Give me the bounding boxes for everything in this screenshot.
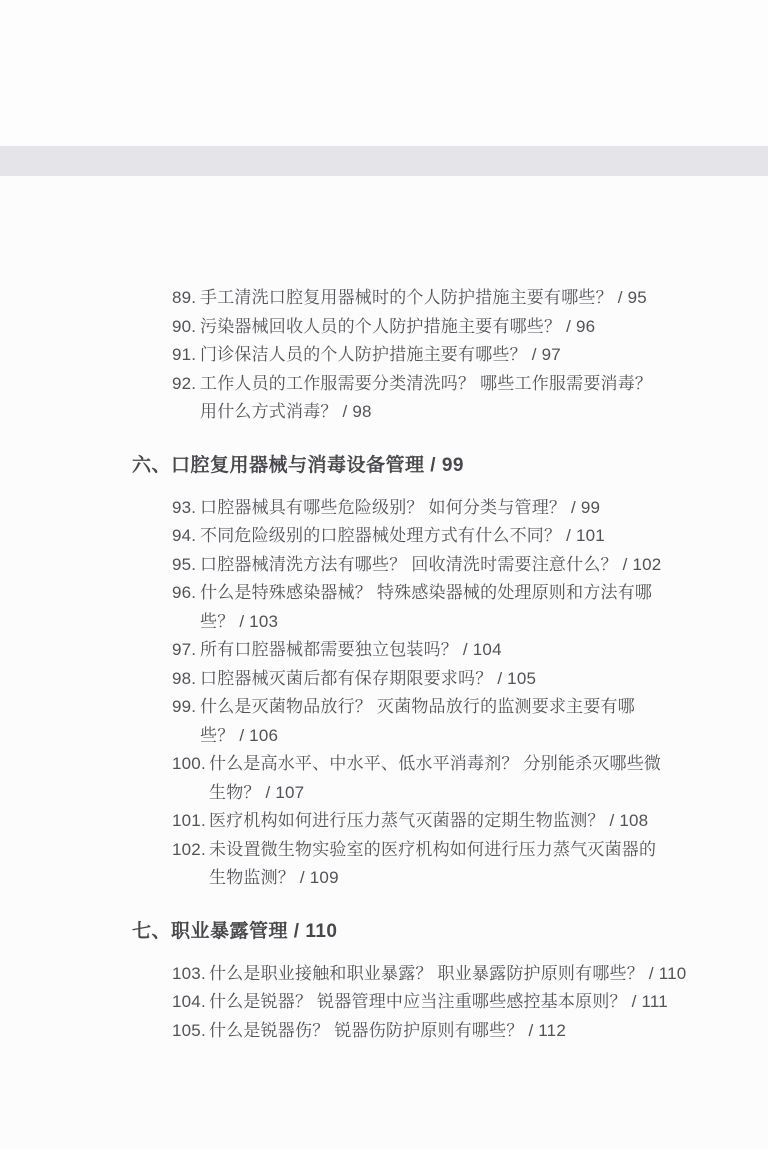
entry-number: 105. (172, 1017, 206, 1046)
entry-number: 91. (172, 341, 196, 370)
entry-text: 所有口腔器械都需要独立包装吗？ / 104 (200, 636, 674, 665)
toc-entry-89: 89. 手工清洗口腔复用器械时的个人防护措施主要有哪些？ / 95 (172, 284, 674, 313)
entry-text-continuation: 些？ / 103 (200, 608, 674, 637)
entry-text: 什么是职业接触和职业暴露？ 职业暴露防护原则有哪些？ / 110 (209, 960, 674, 989)
toc-entry-90: 90. 污染器械回收人员的个人防护措施主要有哪些？ / 96 (172, 313, 674, 342)
toc-entry-95: 95. 口腔器械清洗方法有哪些？ 回收清洗时需要注意什么？ / 102 (172, 551, 674, 580)
entry-text: 什么是锐器伤？ 锐器伤防护原则有哪些？ / 112 (209, 1017, 674, 1046)
section-heading-six: 六、口腔复用器械与消毒设备管理 / 99 (132, 452, 674, 480)
entry-number: 100. (172, 750, 206, 779)
entry-number: 97. (172, 636, 196, 665)
toc-section-seven: 七、职业暴露管理 / 110 103. 什么是职业接触和职业暴露？ 职业暴露防护… (172, 918, 674, 1046)
toc-entry-105: 105. 什么是锐器伤？ 锐器伤防护原则有哪些？ / 112 (172, 1017, 674, 1046)
entry-text: 手工清洗口腔复用器械时的个人防护措施主要有哪些？ / 95 (200, 284, 674, 313)
entry-number: 101. (172, 807, 206, 836)
entry-number: 90. (172, 313, 196, 342)
toc-entry-97: 97. 所有口腔器械都需要独立包装吗？ / 104 (172, 636, 674, 665)
entry-number: 96. (172, 579, 196, 608)
entry-text: 医疗机构如何进行压力蒸气灭菌器的定期生物监测？ / 108 (209, 807, 674, 836)
toc-entry-96: 96. 什么是特殊感染器械？ 特殊感染器械的处理原则和方法有哪 些？ / 103 (172, 579, 674, 636)
book-page: 89. 手工清洗口腔复用器械时的个人防护措施主要有哪些？ / 95 90. 污染… (0, 0, 768, 1150)
section-heading-seven: 七、职业暴露管理 / 110 (132, 918, 674, 946)
toc-entry-93: 93. 口腔器械具有哪些危险级别？ 如何分类与管理？ / 99 (172, 494, 674, 523)
entry-text-continuation: 生物？ / 107 (209, 779, 674, 808)
toc-entry-98: 98. 口腔器械灭菌后都有保存期限要求吗？ / 105 (172, 665, 674, 694)
page-top-divider (0, 146, 768, 176)
entry-text: 什么是锐器？ 锐器管理中应当注重哪些感控基本原则？ / 111 (209, 988, 674, 1017)
entry-text-continuation: 用什么方式消毒？ / 98 (200, 398, 674, 427)
entry-number: 102. (172, 836, 206, 865)
entry-text: 不同危险级别的口腔器械处理方式有什么不同？ / 101 (200, 522, 674, 551)
toc-entry-94: 94. 不同危险级别的口腔器械处理方式有什么不同？ / 101 (172, 522, 674, 551)
toc-entry-100: 100. 什么是高水平、中水平、低水平消毒剂？ 分别能杀灭哪些微 生物？ / 1… (172, 750, 674, 807)
toc-entry-103: 103. 什么是职业接触和职业暴露？ 职业暴露防护原则有哪些？ / 110 (172, 960, 674, 989)
entry-number: 99. (172, 693, 196, 722)
entry-text: 什么是灭菌物品放行？ 灭菌物品放行的监测要求主要有哪 (200, 693, 674, 722)
table-of-contents: 89. 手工清洗口腔复用器械时的个人防护措施主要有哪些？ / 95 90. 污染… (172, 284, 674, 1045)
entry-text: 污染器械回收人员的个人防护措施主要有哪些？ / 96 (200, 313, 674, 342)
page-top-margin (0, 0, 768, 146)
entry-text: 门诊保洁人员的个人防护措施主要有哪些？ / 97 (200, 341, 674, 370)
entry-text: 口腔器械灭菌后都有保存期限要求吗？ / 105 (200, 665, 674, 694)
toc-section-five-tail: 89. 手工清洗口腔复用器械时的个人防护措施主要有哪些？ / 95 90. 污染… (172, 284, 674, 427)
toc-entry-92: 92. 工作人员的工作服需要分类清洗吗？ 哪些工作服需要消毒？ 用什么方式消毒？… (172, 370, 674, 427)
entry-text: 什么是特殊感染器械？ 特殊感染器械的处理原则和方法有哪 (200, 579, 674, 608)
toc-entry-99: 99. 什么是灭菌物品放行？ 灭菌物品放行的监测要求主要有哪 些？ / 106 (172, 693, 674, 750)
entry-number: 95. (172, 551, 196, 580)
entry-text: 口腔器械清洗方法有哪些？ 回收清洗时需要注意什么？ / 102 (200, 551, 674, 580)
entry-text-continuation: 些？ / 106 (200, 722, 674, 751)
entry-number: 92. (172, 370, 196, 399)
entry-text-continuation: 生物监测？ / 109 (209, 864, 674, 893)
entry-text: 什么是高水平、中水平、低水平消毒剂？ 分别能杀灭哪些微 (209, 750, 674, 779)
entry-number: 104. (172, 988, 206, 1017)
toc-entry-101: 101. 医疗机构如何进行压力蒸气灭菌器的定期生物监测？ / 108 (172, 807, 674, 836)
entry-number: 89. (172, 284, 196, 313)
entry-number: 103. (172, 960, 206, 989)
toc-entry-102: 102. 未设置微生物实验室的医疗机构如何进行压力蒸气灭菌器的 生物监测？ / … (172, 836, 674, 893)
entry-number: 94. (172, 522, 196, 551)
entry-text: 口腔器械具有哪些危险级别？ 如何分类与管理？ / 99 (200, 494, 674, 523)
entry-number: 93. (172, 494, 196, 523)
entry-text: 未设置微生物实验室的医疗机构如何进行压力蒸气灭菌器的 (209, 836, 674, 865)
entry-number: 98. (172, 665, 196, 694)
toc-entry-91: 91. 门诊保洁人员的个人防护措施主要有哪些？ / 97 (172, 341, 674, 370)
toc-section-six: 六、口腔复用器械与消毒设备管理 / 99 93. 口腔器械具有哪些危险级别？ 如… (172, 452, 674, 893)
entry-text: 工作人员的工作服需要分类清洗吗？ 哪些工作服需要消毒？ (200, 370, 674, 399)
toc-entry-104: 104. 什么是锐器？ 锐器管理中应当注重哪些感控基本原则？ / 111 (172, 988, 674, 1017)
